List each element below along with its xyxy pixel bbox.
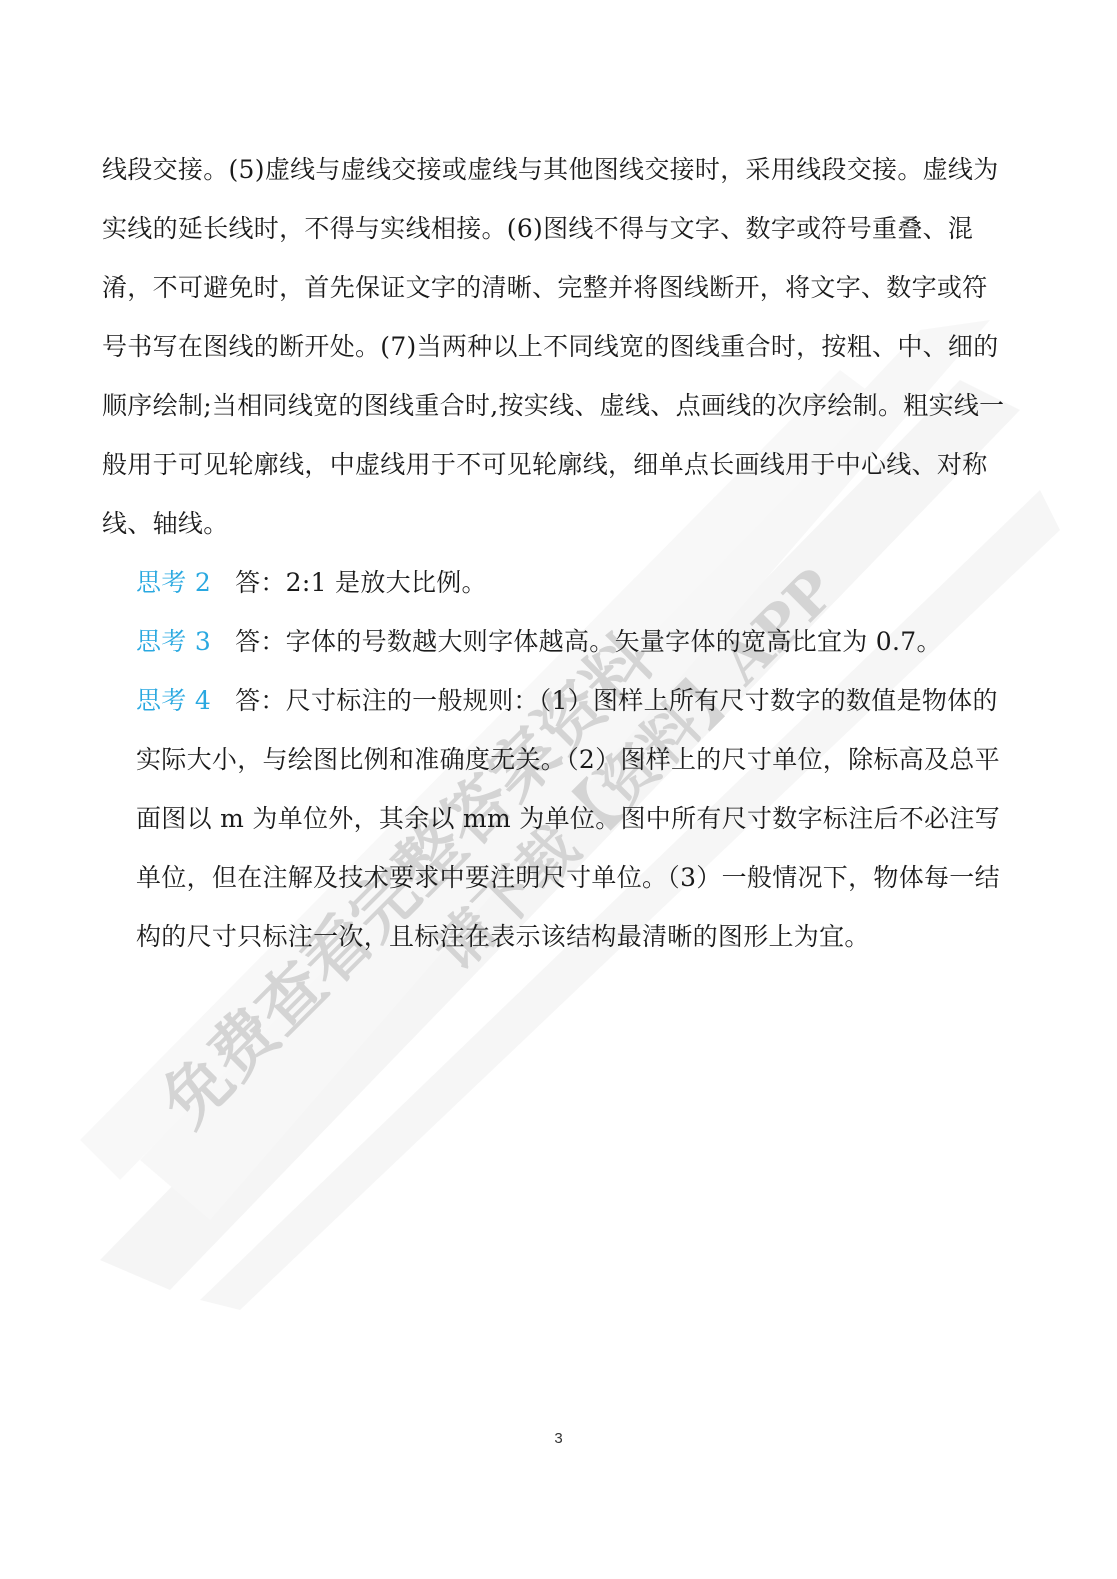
answer-text: 答：尺寸标注的一般规则：（1）图样上所有尺寸数字的数值是物体的实际大小，与绘图比… (136, 686, 1000, 951)
question-label: 思考 3 (136, 627, 211, 656)
document-page: 线段交接。(5)虚线与虚线交接或虚线与其他图线交接时，采用线段交接。虚线为实线的… (102, 140, 1012, 966)
page-number: 3 (0, 1430, 1117, 1447)
question-2: 思考 2答：2:1 是放大比例。 (102, 553, 1012, 612)
question-label: 思考 4 (136, 686, 211, 715)
question-4: 思考 4答：尺寸标注的一般规则：（1）图样上所有尺寸数字的数值是物体的实际大小，… (102, 671, 1012, 966)
question-label: 思考 2 (136, 568, 211, 597)
answer-text: 答：2:1 是放大比例。 (235, 568, 487, 597)
question-3: 思考 3答：字体的号数越大则字体越高。矢量字体的宽高比宜为 0.7。 (102, 612, 1012, 671)
answer-text: 答：字体的号数越大则字体越高。矢量字体的宽高比宜为 0.7。 (235, 627, 942, 656)
continuation-paragraph: 线段交接。(5)虚线与虚线交接或虚线与其他图线交接时，采用线段交接。虚线为实线的… (102, 140, 1012, 553)
